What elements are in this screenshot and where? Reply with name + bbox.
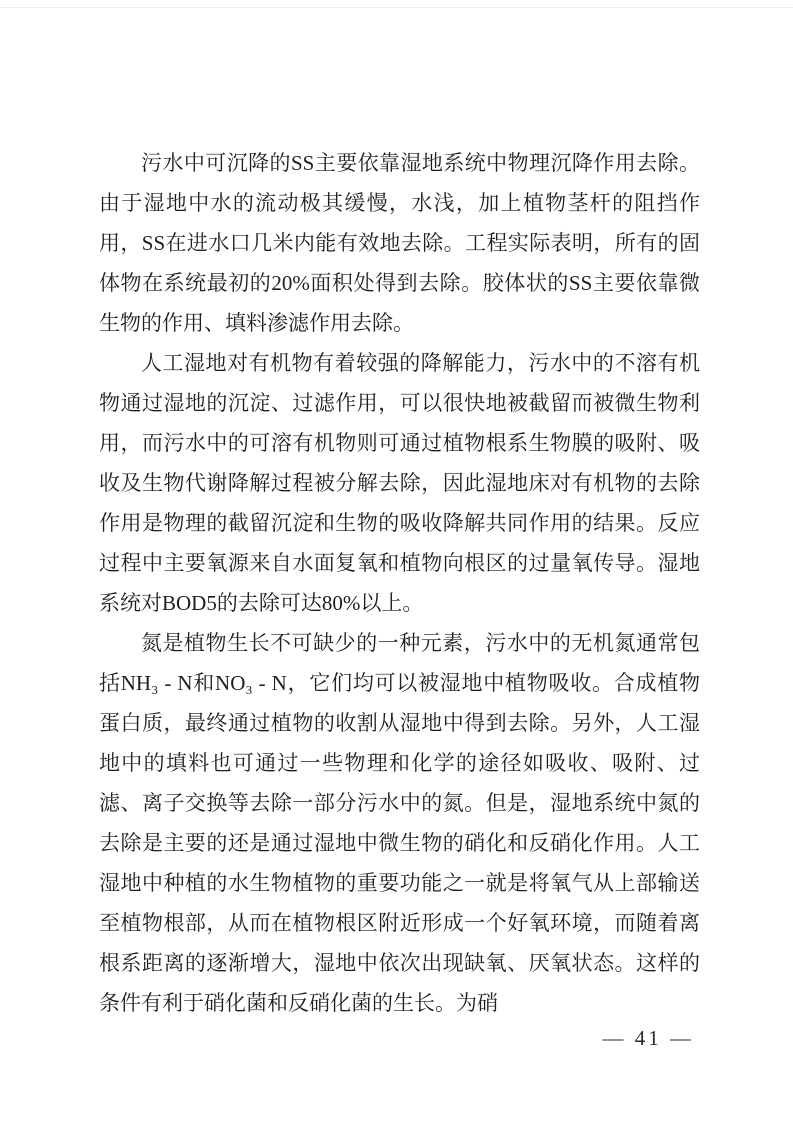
paragraph-nitrogen-removal: 氮是植物生长不可缺少的一种元素，污水中的无机氮通常包括NH₃ - N和NO₃ -… — [99, 623, 700, 1023]
paragraph-ss-removal: 污水中可沉降的SS主要依靠湿地系统中物理沉降作用去除。由于湿地中水的流动极其缓慢… — [99, 143, 700, 343]
document-page: 污水中可沉降的SS主要依靠湿地系统中物理沉降作用去除。由于湿地中水的流动极其缓慢… — [0, 0, 793, 1122]
paragraph-organic-degradation: 人工湿地对有机物有着较强的降解能力，污水中的不溶有机物通过湿地的沉淀、过滤作用，… — [99, 343, 700, 623]
page-number: — 41 — — [603, 1024, 695, 1052]
scan-artifact-line — [0, 7, 793, 8]
body-text: 污水中可沉降的SS主要依靠湿地系统中物理沉降作用去除。由于湿地中水的流动极其缓慢… — [99, 143, 700, 1023]
